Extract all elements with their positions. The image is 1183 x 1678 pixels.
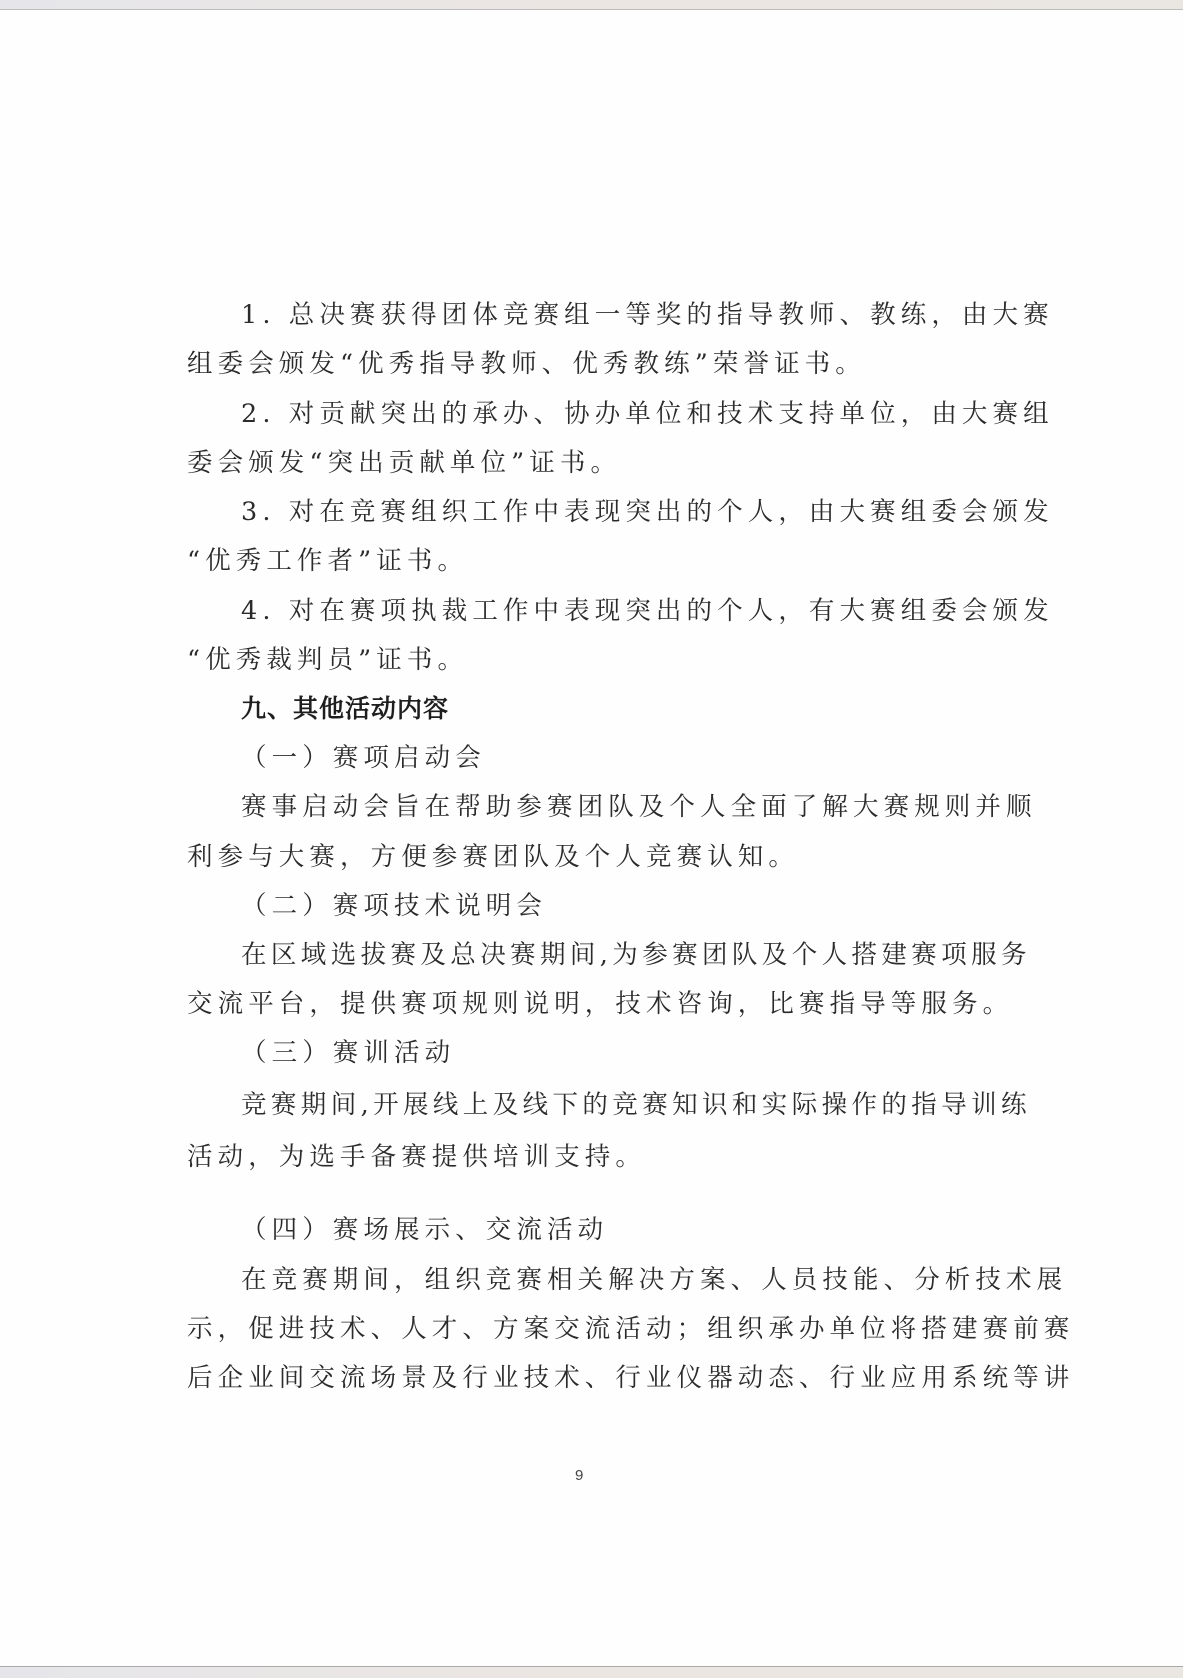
award-1-line-2: 组委会颁发“优秀指导教师、优秀教练”荣誉证书。 [187,347,866,381]
viewer-bottom-bar [0,1666,1183,1678]
subsection-3-line-2: 活动，为选手备赛提供培训支持。 [187,1140,646,1174]
subsection-3-title: （三）赛训活动 [241,1036,455,1070]
award-2-line-1: 2. 对贡献突出的承办、协办单位和技术支持单位，由大赛组 [241,397,1054,431]
award-4-line-1: 4. 对在赛项执裁工作中表现突出的个人，有大赛组委会颁发 [241,594,1054,628]
award-4-line-2: “优秀裁判员”证书。 [187,643,468,677]
page-number: 9 [575,1467,583,1484]
subsection-1-line-2: 利参与大赛，方便参赛团队及个人竞赛认知。 [187,840,799,874]
award-2-line-2: 委会颁发“突出贡献单位”证书。 [187,446,621,480]
subsection-4-line-1: 在竞赛期间，组织竞赛相关解决方案、人员技能、分析技术展 [241,1263,1067,1297]
viewer-top-bar [0,0,1183,10]
subsection-4-line-3: 后企业间交流场景及行业技术、行业仪器动态、行业应用系统等讲 [187,1361,1074,1395]
subsection-3-line-1: 竞赛期间,开展线上及线下的竞赛知识和实际操作的指导训练 [241,1088,1031,1122]
document-page: 1. 总决赛获得团体竞赛组一等奖的指导教师、教练，由大赛 组委会颁发“优秀指导教… [0,10,1183,1666]
subsection-2-title: （二）赛项技术说明会 [241,889,547,923]
subsection-1-title: （一）赛项启动会 [241,741,486,775]
award-3-line-2: “优秀工作者”证书。 [187,544,468,578]
subsection-4-line-2: 示，促进技术、人才、方案交流活动；组织承办单位将搭建赛前赛 [187,1312,1074,1346]
subsection-2-line-2: 交流平台，提供赛项规则说明，技术咨询，比赛指导等服务。 [187,987,1013,1021]
subsection-4-title: （四）赛场展示、交流活动 [241,1213,608,1247]
section-heading: 九、其他活动内容 [241,692,449,726]
subsection-2-line-1: 在区域选拔赛及总决赛期间,为参赛团队及个人搭建赛项服务 [241,938,1031,972]
subsection-1-line-1: 赛事启动会旨在帮助参赛团队及个人全面了解大赛规则并顺 [241,790,1037,824]
award-3-line-1: 3. 对在竞赛组织工作中表现突出的个人，由大赛组委会颁发 [241,495,1054,529]
award-1-line-1: 1. 总决赛获得团体竞赛组一等奖的指导教师、教练，由大赛 [241,298,1054,332]
